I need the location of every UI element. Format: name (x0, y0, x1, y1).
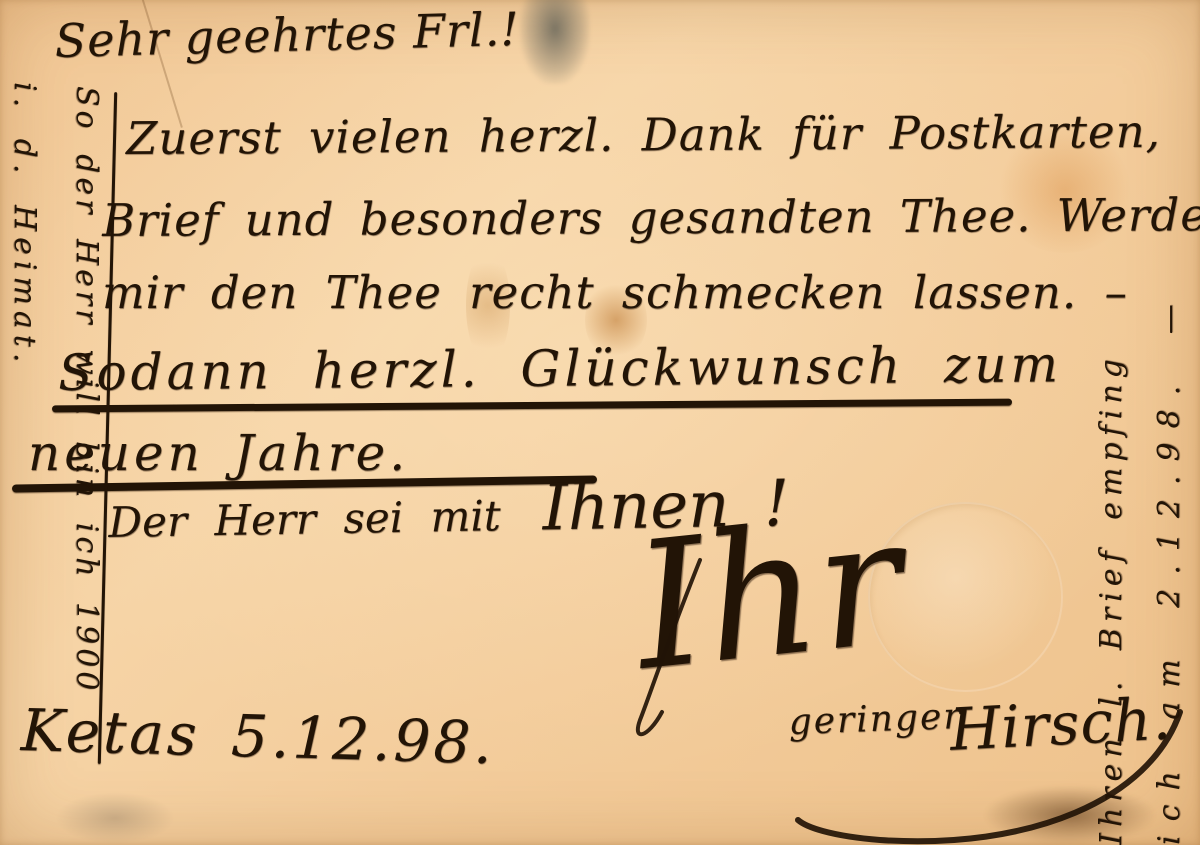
body-line-3: mir den Thee recht schmecken lassen. – (102, 266, 1128, 319)
right-margin-note-line-2: ich am 2.12.98. — (1152, 145, 1187, 845)
body-line-2: Brief und besonders gesandten Thee. Werd… (102, 188, 1200, 247)
right-margin-note-line-1: Ihren l. Brief empfing (1094, 265, 1129, 845)
body-line-1: Zuerst vielen herzl. Dank für Postkarten… (126, 105, 1161, 165)
blessing-text: Der Herr sei mit (108, 491, 501, 547)
postcard-back: Sehr geehrtes Frl.! Zuerst vielen herzl.… (0, 0, 1200, 845)
ink-smear (985, 786, 1155, 844)
left-margin-note-line-2: i. d. Heimat. (7, 82, 42, 442)
closing-pronoun: Ihr (626, 480, 911, 710)
underlined-line-1: Sodann herzl. Glückwunsch zum (58, 335, 1062, 402)
paper-speckle (55, 792, 175, 844)
ink-smudge (520, 0, 590, 84)
left-margin-note-line-1: So der Herr will bin ich 1900 (69, 86, 104, 726)
greeting-line: Sehr geehrtes Frl.! (54, 2, 520, 68)
closing-qualifier: geringer (788, 696, 963, 743)
signature: Hirsch. (948, 684, 1173, 764)
